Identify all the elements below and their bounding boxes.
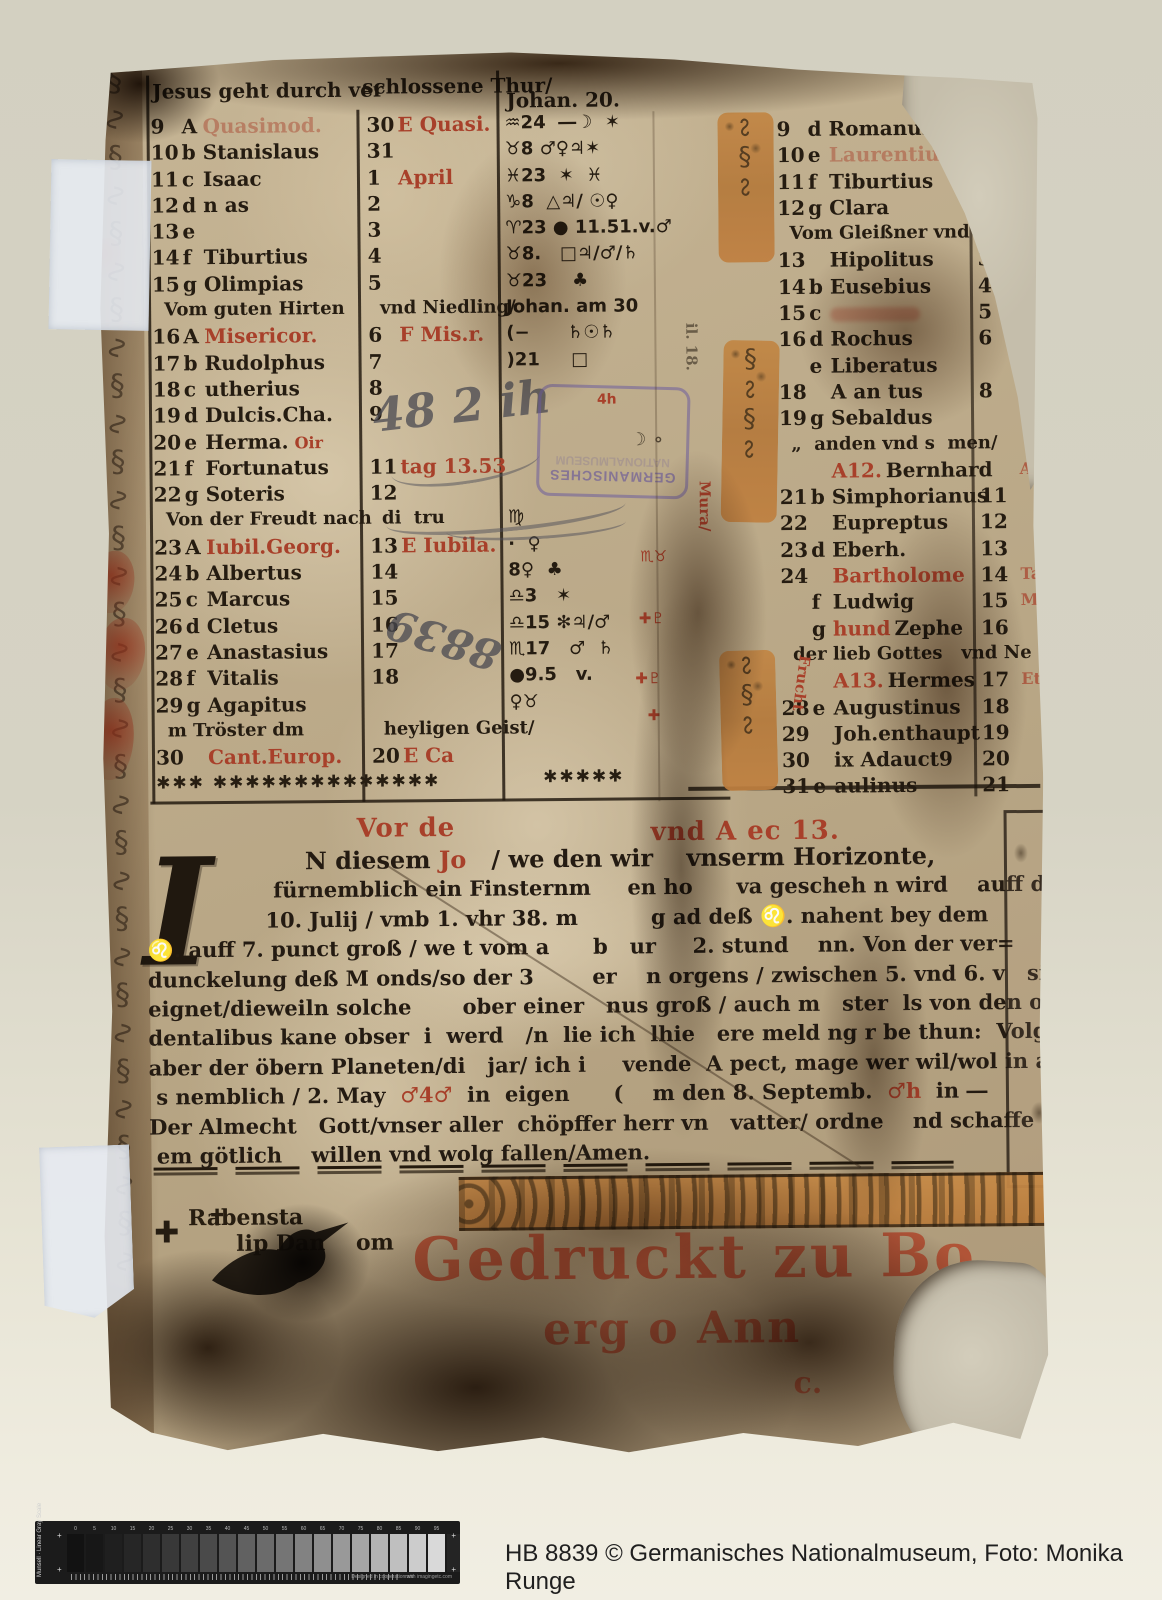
- dominical-letter: b: [182, 139, 203, 165]
- scale-brand-label: Munsell · Linear Gray Scale: [37, 1503, 44, 1577]
- patch-label: 30: [181, 1526, 198, 1532]
- calendar-row: 5: [368, 268, 498, 295]
- astro-row: ●9.5 v.: [509, 661, 721, 689]
- day-number: 30: [366, 111, 397, 138]
- paragraph-segment: fürnemblich ein Finsternm en ho va gesch…: [273, 871, 1074, 903]
- red-prefix: A12.: [831, 458, 882, 482]
- red-section-header-left: Vor de: [357, 813, 456, 844]
- day-number: 18: [371, 664, 402, 691]
- calendar-row: 15: [371, 584, 501, 611]
- astro-row: ♒24 ―☽ ✶: [504, 109, 716, 137]
- arabesque-ornament-strip: ∾§∾: [717, 112, 774, 262]
- dominical-letter: b: [811, 484, 832, 510]
- cross-mark: ✚: [154, 1215, 179, 1250]
- day-number: 12: [370, 480, 401, 507]
- day-number: 18: [779, 379, 810, 406]
- day-number: 30: [156, 744, 187, 771]
- right-ornament-frame: [1004, 810, 1069, 1189]
- day-number: 19: [153, 403, 184, 430]
- dominical-letter: g: [183, 271, 204, 297]
- dominical-letter: e: [808, 142, 829, 168]
- calendar-row: 27eAnastasius: [155, 638, 365, 666]
- astro-row: ♎15 ✻♃/♂: [509, 608, 721, 636]
- day-number: 22: [780, 510, 811, 537]
- calendar-row: der lieb Gottes vnd Ne: [781, 640, 1041, 669]
- calendar-row: 30ix Adauct920: [782, 745, 1042, 774]
- calendar-row: vnd Niedling/: [368, 295, 498, 322]
- bird-ink-blot: [196, 1214, 364, 1312]
- day-number: 9: [776, 116, 807, 143]
- saint-name: Tiburtius: [204, 245, 308, 270]
- day-number: 26: [155, 613, 186, 640]
- registration-mark: +: [451, 1565, 456, 1574]
- dominical-letter: e: [810, 352, 831, 378]
- saint-name: Simphorianus: [832, 483, 989, 508]
- calendar-row: m Tröster dm: [156, 717, 366, 745]
- patch-label: 45: [238, 1526, 255, 1532]
- patch-label: 0: [67, 1526, 84, 1532]
- saint-name: Cletus: [207, 613, 278, 638]
- calendar-row: 12dn as: [151, 191, 361, 219]
- dominical-letter: c: [182, 166, 203, 192]
- calendar-row: 24bAlbertus: [154, 559, 364, 587]
- dominical-letter: e: [184, 429, 205, 455]
- day-number: 20: [153, 429, 184, 456]
- gray-patch: 75: [352, 1534, 369, 1572]
- calendar-row: 7: [368, 347, 498, 374]
- dominical-letter: c: [186, 586, 207, 612]
- calendar-row: 20E Ca: [372, 742, 502, 769]
- day-number: 3: [367, 217, 398, 244]
- red-symbol-cluster: ✚♇: [639, 609, 665, 627]
- paragraph-segment: s nemblich / 2. May: [149, 1083, 400, 1110]
- dominical-letter: e: [813, 773, 834, 799]
- oldstyle-number: 14: [980, 561, 1008, 588]
- munsell-gray-scale: Munsell · Linear Gray Scale 051015202530…: [35, 1521, 460, 1584]
- registration-mark: +: [451, 1531, 456, 1540]
- arabesque-ornament-strip: §∾§∾: [721, 340, 780, 523]
- calendar-row: 22gSoteris: [154, 480, 364, 508]
- paragraph-segment: Jo: [439, 845, 467, 874]
- gray-patch: 70: [333, 1534, 350, 1572]
- patch-label: 50: [257, 1526, 274, 1532]
- calendar-row: A12.BernhardA1: [779, 456, 1039, 485]
- imprint-line1: Gedruckt zu Bo: [412, 1220, 977, 1295]
- paragraph-segment: ♂h: [887, 1078, 921, 1103]
- calendar-row: 28fVitalis: [155, 664, 365, 692]
- patch-label: 85: [390, 1526, 407, 1532]
- gray-patch: 80: [371, 1534, 388, 1572]
- astro-row: ♉23 ♣: [506, 266, 718, 294]
- paragraph-segment: in eigen ( m den 8. Septemb.: [452, 1078, 887, 1107]
- calendar-row: 29gAgapitus: [155, 690, 365, 718]
- dominical-letter: g: [808, 195, 829, 221]
- dominical-letter: A: [181, 113, 202, 139]
- oldstyle-number: 8: [979, 377, 993, 403]
- dominical-letter: g: [810, 405, 831, 431]
- patch-label: 80: [371, 1526, 388, 1532]
- saint-name: Stanislaus: [203, 139, 320, 164]
- dominical-letter: d: [184, 402, 205, 428]
- paragraph-segment: / we den wir vnserm Horizonte,: [466, 841, 935, 874]
- astro-row: 8♀ ♣: [508, 556, 720, 584]
- saint-name: Eberh.: [832, 537, 906, 562]
- patch-label: 25: [162, 1526, 179, 1532]
- day-number: 22: [154, 481, 185, 508]
- patch-label: 35: [200, 1526, 217, 1532]
- paragraph-segment: in ―: [921, 1077, 987, 1103]
- day-number: 28: [155, 666, 186, 693]
- gray-patch: 30: [181, 1534, 198, 1572]
- calendar-row: 14: [370, 558, 500, 585]
- oldstyle-number: 13: [980, 535, 1008, 562]
- astro-row: ♑8 △♃/ ☉♀: [505, 188, 717, 216]
- registration-mark: +: [57, 1565, 62, 1574]
- astro-row: ♈23 ● 11.51.v.♂: [505, 214, 717, 242]
- paragraph-segment: 10. Julij / vmb 1. vhr 38. m g ad deß ♌.…: [265, 901, 988, 932]
- calendar-row: ghundZephe16: [781, 613, 1041, 642]
- oldstyle-number: 16: [981, 614, 1009, 641]
- day-number: 24: [780, 563, 811, 590]
- astro-row: ♎3 ✶: [509, 582, 721, 610]
- saint-name: Iubil.Georg.: [206, 534, 341, 559]
- saint-name: Augustinus: [833, 694, 960, 719]
- dominical-letter: f: [812, 589, 833, 615]
- gray-patch: 40: [219, 1534, 236, 1572]
- day-number: 4: [368, 243, 399, 270]
- dominical-letter: d: [809, 326, 830, 352]
- calendar-row: 23dEberh.13: [780, 535, 1040, 564]
- saint-name: Olimpias: [204, 271, 304, 296]
- patch-label: 10: [105, 1526, 122, 1532]
- calendar-row: 31eaulinus21: [782, 771, 1042, 800]
- red-fragment: Et: [1021, 666, 1041, 692]
- saint-name: A an tus: [831, 379, 923, 404]
- torn-corner-backing-bottom: [887, 1255, 1072, 1480]
- saint-name: Liberatus: [831, 352, 938, 377]
- day-number: 29: [782, 721, 813, 748]
- day-number: 18: [153, 376, 184, 403]
- saint-name: Hipolitus: [830, 247, 934, 272]
- gray-patch: 90: [409, 1534, 426, 1572]
- conservation-tape: [49, 159, 152, 331]
- calendar-row: Vom guten Hirten: [152, 296, 362, 324]
- gray-patch: 0: [67, 1534, 84, 1572]
- day-number: 19: [779, 405, 810, 432]
- gray-patch: 50: [257, 1534, 274, 1572]
- patch-label: 5: [86, 1526, 103, 1532]
- calendar-row: 14fTiburtius: [152, 243, 362, 271]
- saint-name: Eupreptus: [832, 510, 948, 535]
- oldstyle-number: 12: [980, 509, 1008, 536]
- saint-name: Hermes: [888, 668, 976, 693]
- calendar-row: 22Eupreptus12: [780, 508, 1040, 537]
- patch-label: 95: [428, 1526, 445, 1532]
- gray-patch: 85: [390, 1534, 407, 1572]
- saint-name: n as: [203, 193, 249, 217]
- gray-patch: 65: [314, 1534, 331, 1572]
- day-number: 20: [372, 743, 403, 770]
- saint-name: Cant.Europ.: [208, 744, 342, 769]
- day-number: 9: [150, 113, 181, 140]
- paragraph-segment: N diesem: [305, 845, 439, 875]
- saint-name: Herma.: [205, 429, 288, 454]
- dominical-letter: d: [811, 536, 832, 562]
- paragraph-segment: Der Almecht Gott/vnser aller chöpffer he…: [149, 1105, 1154, 1139]
- day-number: 13: [370, 532, 401, 559]
- oldstyle-number: 19: [982, 719, 1010, 746]
- paragraph-segment: ♂4♂: [400, 1082, 452, 1107]
- patch-label: 15: [124, 1526, 141, 1532]
- astro-row: [510, 713, 722, 741]
- saint-name: Isaac: [203, 166, 262, 191]
- horizontal-rule: [150, 797, 730, 805]
- day-number: 11: [777, 168, 808, 195]
- calendar-row: 25cMarcus: [155, 585, 365, 613]
- day-number: 14: [152, 245, 183, 272]
- patch-label: 20: [143, 1526, 160, 1532]
- gray-patch: 55: [276, 1534, 293, 1572]
- patch-label: 90: [409, 1526, 426, 1532]
- dominical-letter: f: [808, 168, 829, 194]
- calendar-row: 19gSebaldus: [779, 403, 1039, 432]
- calendar-row: ✱✱✱ ✱✱✱✱✱✱✱✱✱✱✱✱✱✱: [156, 769, 366, 797]
- day-number: 31: [782, 773, 813, 800]
- day-number: 11: [151, 166, 182, 193]
- saint-name: aulinus: [834, 773, 917, 798]
- oldstyle-number: 20: [982, 745, 1010, 772]
- day-number: 13: [151, 219, 182, 246]
- day-number: 13: [778, 247, 809, 274]
- page-header-left: Jesus geht durch ver: [152, 78, 383, 104]
- saint-name: Eusebius: [830, 274, 931, 299]
- scale-credit: Designed in cooperation with imagingetc.…: [351, 1574, 452, 1580]
- day-number: 30: [782, 747, 813, 774]
- day-number: 15: [778, 300, 809, 327]
- gray-patches: 05101520253035404550556065707580859095: [67, 1534, 460, 1572]
- calendar-row: 17bRudolphus: [152, 348, 362, 376]
- saint-name: Misericor.: [204, 324, 317, 349]
- day-number: 14: [778, 274, 809, 301]
- astro-row: ♉8 ♂♀♃✶: [505, 135, 717, 163]
- faded-red-name: [830, 306, 920, 321]
- calendar-row: [372, 768, 502, 795]
- arabesque-ornament-strip: ∾§∾: [719, 650, 779, 791]
- calendar-row: 29Joh.enthaupt19: [782, 719, 1042, 748]
- oldstyle-number: 11: [980, 482, 1008, 509]
- dominical-letter: g: [186, 692, 207, 718]
- eclipse-paragraph: N diesem Jo / we den wir vnserm Horizont…: [147, 840, 1050, 1171]
- calendar-row: „ anden vnd s men/: [779, 429, 1039, 458]
- dominical-letter: e: [186, 639, 207, 665]
- museum-photo: §∿§∿§∿§∿§∿§∿§∿§∿§∿§∿§∿§∿§∿§∿§∿§∿ ∾§∾ §∾§…: [0, 0, 1162, 1600]
- calendar-row: 30Cant.Europ.: [156, 743, 366, 771]
- rotated-red-note: Mura/: [696, 481, 714, 532]
- day-number: 12: [777, 195, 808, 222]
- dominical-letter: b: [809, 273, 830, 299]
- day-number: 2: [367, 190, 398, 217]
- patch-label: 70: [333, 1526, 350, 1532]
- calendar-row: 11cIsaac: [151, 164, 361, 192]
- day-number: 24: [154, 560, 185, 587]
- day-number: 1: [367, 164, 398, 191]
- museum-stamp: GERMANISCHES NATIONALMUSEUM: [536, 384, 691, 500]
- red-fragment: Ta: [1020, 561, 1041, 587]
- saint-name: Soteris: [206, 482, 285, 507]
- red-fragment: Oir: [294, 433, 323, 452]
- dominical-letter: f: [186, 665, 207, 691]
- day-number: 23: [154, 534, 185, 561]
- astro-row: ♓23 ✶ ♓: [505, 161, 717, 189]
- feast-label: April: [398, 165, 453, 189]
- dominical-letter: f: [184, 455, 205, 481]
- saint-name: Marcus: [207, 587, 291, 612]
- patch-label: 65: [314, 1526, 331, 1532]
- day-number: 25: [155, 587, 186, 614]
- calendar-row: heyligen Geist/: [372, 715, 502, 742]
- oldstyle-number: 6: [978, 325, 992, 351]
- saint-name: Joh.enthaupt: [834, 720, 980, 745]
- day-number: 12: [151, 192, 182, 219]
- conservation-tape: [39, 1144, 135, 1319]
- saint-name: Tiburtius: [829, 168, 933, 193]
- dominical-letter: d: [182, 192, 203, 218]
- day-number: 27: [155, 639, 186, 666]
- april-saints-column: 9AQuasimod.10bStanislaus11cIsaac12dn as1…: [150, 112, 366, 798]
- day-number: 16: [778, 326, 809, 353]
- saint-name: Agapitus: [207, 692, 306, 717]
- feast-label: F Mis.r.: [399, 322, 484, 347]
- calendar-row: 28eAugustinus18: [781, 692, 1041, 721]
- imprint-line2: erg o Ann: [543, 1302, 801, 1355]
- saint-name: Bernhard: [886, 457, 993, 482]
- dominical-letter: d: [186, 613, 207, 639]
- day-number: 5: [368, 269, 399, 296]
- saint-name: Vitalis: [207, 666, 279, 691]
- day-number: 7: [368, 348, 399, 375]
- oldstyle-number: 17: [981, 666, 1009, 693]
- saint-name: Clara: [829, 195, 889, 220]
- dominical-letter: A: [185, 534, 206, 560]
- calendar-row: 20eHerma.Oir: [153, 427, 363, 455]
- calendar-leaf: §∿§∿§∿§∿§∿§∿§∿§∿§∿§∿§∿§∿§∿§∿§∿§∿ ∾§∾ §∾§…: [82, 48, 1049, 1461]
- oldstyle-number: 15: [981, 587, 1009, 614]
- saint-name: Rudolphus: [204, 350, 325, 375]
- saint-name: Sebaldus: [831, 405, 933, 430]
- day-number: 29: [155, 692, 186, 719]
- day-number: 23: [780, 537, 811, 564]
- calendar-row: 13e: [151, 217, 361, 245]
- calendar-row: 23AIubil.Georg.: [154, 532, 364, 560]
- dominical-letter: c: [809, 300, 830, 326]
- patch-label: 75: [352, 1526, 369, 1532]
- day-number: 21: [153, 455, 184, 482]
- dominical-letter: b: [183, 350, 204, 376]
- sideways-fragment: il. 18.: [682, 323, 700, 371]
- day-number: 14: [370, 558, 401, 585]
- gray-patch: 20: [143, 1534, 160, 1572]
- saint-name: Quasimod.: [202, 113, 321, 138]
- feast-label: E Quasi.: [397, 112, 490, 137]
- dominical-letter: e: [182, 218, 203, 244]
- day-number: 16: [152, 324, 183, 351]
- feast-label: E Ca: [403, 743, 454, 767]
- red-fragment: M: [1021, 587, 1039, 613]
- registration-mark: +: [57, 1531, 62, 1540]
- saint-name: Anastasius: [207, 639, 328, 664]
- calendar-row: 3: [367, 216, 497, 243]
- day-number: 10: [777, 142, 808, 169]
- saint-name: Rochus: [830, 326, 913, 351]
- gray-patch: 10: [105, 1534, 122, 1572]
- saint-name: Albertus: [206, 560, 302, 585]
- astro-row: ♉8. □♃/♂/♄: [506, 240, 718, 268]
- calendar-row: 4: [368, 242, 498, 269]
- day-number: 31: [367, 138, 398, 165]
- gray-patch: 60: [295, 1534, 312, 1572]
- dominical-letter: A: [183, 324, 204, 350]
- calendar-row: 26dCletus: [155, 611, 365, 639]
- astro-row: Johan. am 30: [506, 293, 718, 321]
- gray-patch: 5: [86, 1534, 103, 1572]
- oldstyle-number: 5: [978, 298, 992, 324]
- dominical-letter: g: [812, 615, 833, 641]
- dominical-letter: d: [807, 116, 828, 142]
- saint-name: Dulcis.Cha.: [205, 402, 333, 427]
- photo-caption: HB 8839 © Germanisches Nationalmuseum, F…: [505, 1540, 1162, 1596]
- day-number: 21: [780, 484, 811, 511]
- saint-name: ix Adauct9: [834, 747, 953, 772]
- calendar-row: fLudwig15M: [781, 587, 1041, 616]
- paragraph-segment: ♌. auff 7. punct groß / we t vom a b ur …: [148, 930, 1015, 963]
- calendar-row: 21fFortunatus: [153, 454, 363, 482]
- calendar-row: 19dDulcis.Cha.: [153, 401, 363, 429]
- day-number: 6: [368, 322, 399, 349]
- saint-name: Zephe: [894, 615, 963, 640]
- calendar-row: 16dRochus6: [778, 324, 1038, 353]
- calendar-row: 18A an tus8: [779, 377, 1039, 406]
- red-prefix: A13.: [833, 668, 884, 692]
- calendar-row: 15gOlimpias: [152, 270, 362, 298]
- calendar-row: 6F Mis.r.: [368, 321, 498, 348]
- calendar-row: 9AQuasimod.: [150, 112, 360, 140]
- calendar-row: 1April: [367, 163, 497, 190]
- oldstyle-number: 21: [982, 772, 1010, 799]
- calendar-row: 30E Quasi.: [366, 111, 496, 138]
- red-symbol-cluster: ♏♉: [640, 547, 667, 565]
- calendar-row: A13.Hermes17Et: [781, 666, 1041, 695]
- patch-label: 60: [295, 1526, 312, 1532]
- dominical-letter: c: [184, 376, 205, 402]
- saint-name: utherius: [205, 376, 300, 401]
- day-number: 17: [152, 350, 183, 377]
- calendar-row: [371, 689, 501, 716]
- astro-row: ♀♉: [509, 687, 721, 715]
- calendar-row: Von der Freudt nach: [154, 506, 364, 534]
- gray-patch: 45: [238, 1534, 255, 1572]
- red-prefix: hund: [833, 616, 891, 641]
- gray-patch: 95: [428, 1534, 445, 1572]
- calendar-row: 21bSimphorianus11: [780, 482, 1040, 511]
- calendar-row: 16AMisericor.: [152, 322, 362, 350]
- patch-label: 55: [276, 1526, 293, 1532]
- imprint-line3: c.: [793, 1366, 822, 1401]
- dominical-letter: g: [185, 481, 206, 507]
- dominical-letter: e: [812, 694, 833, 720]
- dominical-letter: f: [183, 245, 204, 271]
- day-number: 10: [151, 140, 182, 167]
- calendar-row: 18cutherius: [153, 375, 363, 403]
